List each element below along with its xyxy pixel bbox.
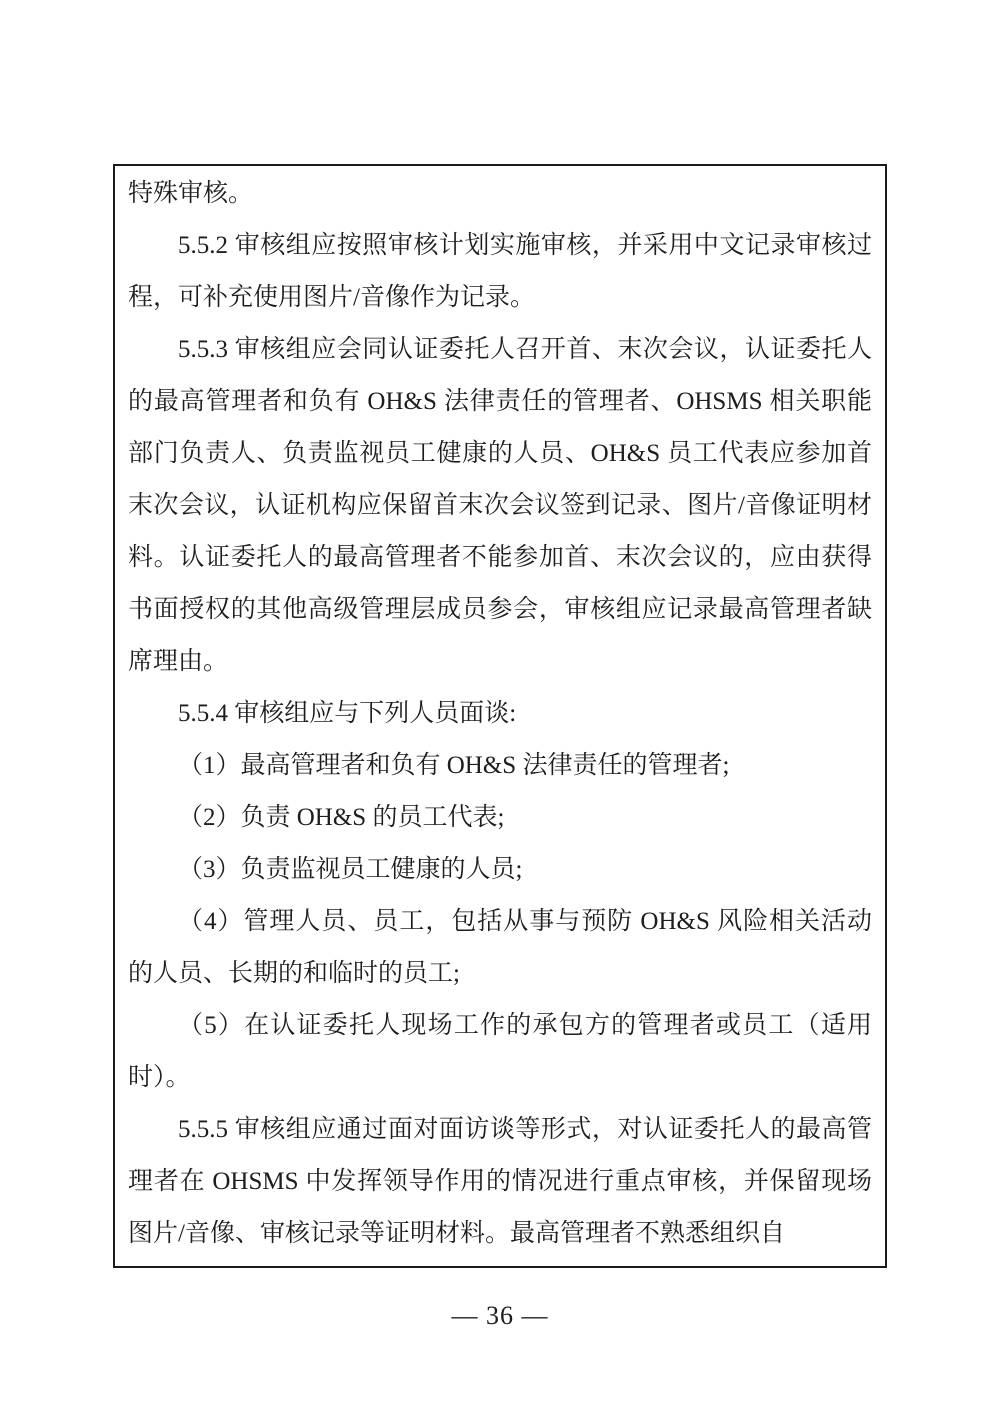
document-page: 特殊审核。 5.5.2 审核组应按照审核计划实施审核，并采用中文记录审核过程，可… bbox=[0, 0, 1000, 1414]
list-item-4: （4）管理人员、员工，包括从事与预防 OH&S 风险相关活动的人员、长期的和临时… bbox=[128, 896, 872, 1000]
list-item-2: （2）负责 OH&S 的员工代表; bbox=[128, 792, 872, 844]
paragraph-5-5-4: 5.5.4 审核组应与下列人员面谈: bbox=[128, 688, 872, 740]
paragraph-5-5-2: 5.5.2 审核组应按照审核计划实施审核，并采用中文记录审核过程，可补充使用图片… bbox=[128, 220, 872, 324]
paragraph-5-5-5: 5.5.5 审核组应通过面对面访谈等形式，对认证委托人的最高管理者在 OHSMS… bbox=[128, 1104, 872, 1260]
paragraph-5-5-3: 5.5.3 审核组应会同认证委托人召开首、末次会议，认证委托人的最高管理者和负有… bbox=[128, 324, 872, 688]
content-box: 特殊审核。 5.5.2 审核组应按照审核计划实施审核，并采用中文记录审核过程，可… bbox=[113, 164, 887, 1268]
list-item-1: （1）最高管理者和负有 OH&S 法律责任的管理者; bbox=[128, 740, 872, 792]
page-number: — 36 — bbox=[0, 1294, 1000, 1338]
list-item-5: （5）在认证委托人现场工作的承包方的管理者或员工（适用时）。 bbox=[128, 1000, 872, 1104]
paragraph-continuation: 特殊审核。 bbox=[128, 168, 872, 220]
list-item-3: （3）负责监视员工健康的人员; bbox=[128, 844, 872, 896]
